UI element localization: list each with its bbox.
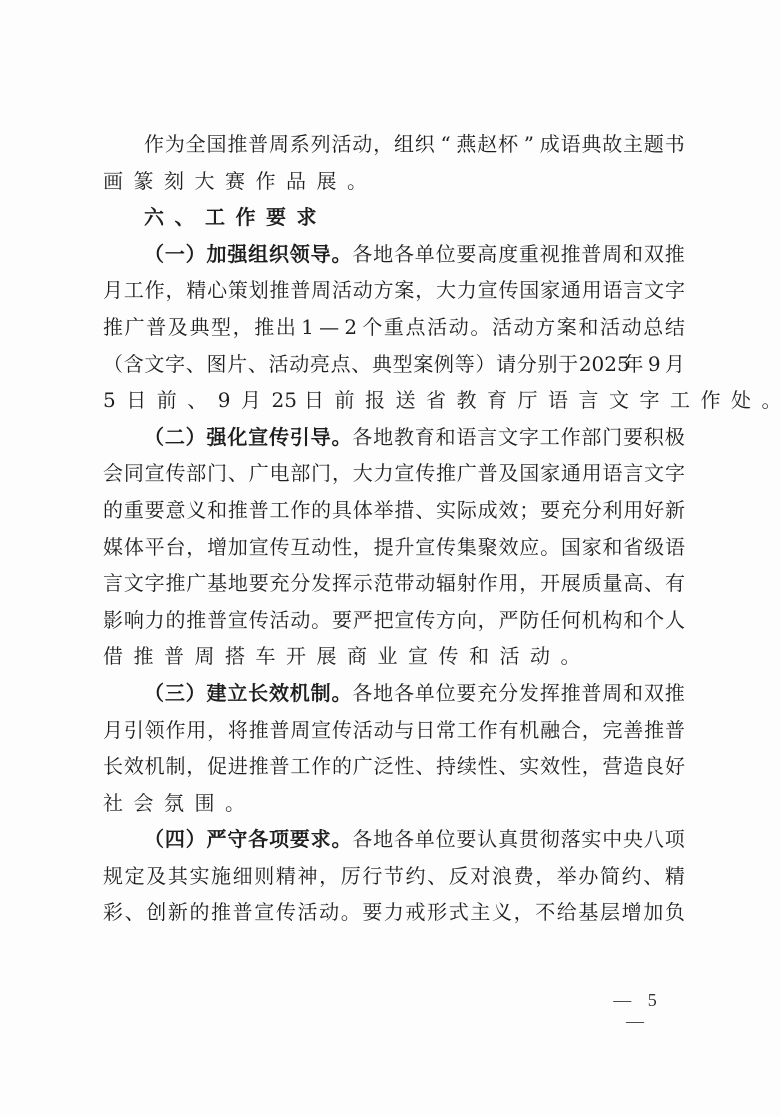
text-line: 言文字推广基地要充分发挥示范带动辐射作用，开展质量高、有	[103, 565, 685, 602]
paragraph: （一）加强组织领导。各地各单位要高度重视推普周和双推月工作，精心策划推普周活动方…	[103, 236, 685, 419]
text-line: 会同宣传部门、广电部门，大力宣传推广普及国家通用语言文字	[103, 455, 685, 492]
text-line: 彩、创新的推普宣传活动。要力戒形式主义，不给基层增加负	[103, 894, 685, 931]
text-line: 六、工作要求	[103, 199, 685, 236]
text-line: 规定及其实施细则精神，厉行节约、反对浪费，举办简约、精	[103, 858, 685, 895]
text-line: 5日前、9月25日前报送省教育厅语言文字工作处。	[103, 382, 685, 419]
text-line: 月工作，精心策划推普周活动方案，大力宣传国家通用语言文字	[103, 272, 685, 309]
text-line: 媒体平台，增加宣传互动性，提升宣传集聚效应。国家和省级语	[103, 529, 685, 566]
paragraph: （四）严守各项要求。各地各单位要认真贯彻落实中央八项规定及其实施细则精神，厉行节…	[103, 821, 685, 931]
paragraph: 作为全国推普周系列活动，组织“燕赵杯”成语典故主题书画篆刻大赛作品展。	[103, 126, 685, 199]
text-line: （二）强化宣传引导。各地教育和语言文字工作部门要积极	[103, 419, 685, 456]
text-line: （含文字、图片、活动亮点、典型案例等）请分别于2025年9月	[103, 346, 685, 383]
section-heading: 六、工作要求	[103, 199, 685, 236]
paragraph: （二）强化宣传引导。各地教育和语言文字工作部门要积极会同宣传部门、广电部门，大力…	[103, 419, 685, 675]
document-page: 作为全国推普周系列活动，组织“燕赵杯”成语典故主题书画篆刻大赛作品展。六、工作要…	[103, 126, 685, 931]
text-line: 影响力的推普宣传活动。要严把宣传方向，严防任何机构和个人	[103, 602, 685, 639]
text-line: 借推普周搭车开展商业宣传和活动。	[103, 638, 685, 675]
text-line: 长效机制，促进推普工作的广泛性、持续性、实效性，营造良好	[103, 748, 685, 785]
text-line: 社会氛围。	[103, 785, 685, 822]
text-line: 月引领作用，将推普周宣传活动与日常工作有机融合，完善推普	[103, 712, 685, 749]
page-number: — 5 —	[598, 990, 678, 1032]
text-line: 作为全国推普周系列活动，组织“燕赵杯”成语典故主题书	[103, 126, 685, 163]
text-line: 画篆刻大赛作品展。	[103, 163, 685, 200]
text-line: 推广普及典型，推出1—2个重点活动。活动方案和活动总结	[103, 309, 685, 346]
text-line: （一）加强组织领导。各地各单位要高度重视推普周和双推	[103, 236, 685, 273]
text-line: （三）建立长效机制。各地各单位要充分发挥推普周和双推	[103, 675, 685, 712]
text-line: 的重要意义和推普工作的具体举措、实际成效；要充分利用好新	[103, 492, 685, 529]
paragraph: （三）建立长效机制。各地各单位要充分发挥推普周和双推月引领作用，将推普周宣传活动…	[103, 675, 685, 821]
text-line: （四）严守各项要求。各地各单位要认真贯彻落实中央八项	[103, 821, 685, 858]
